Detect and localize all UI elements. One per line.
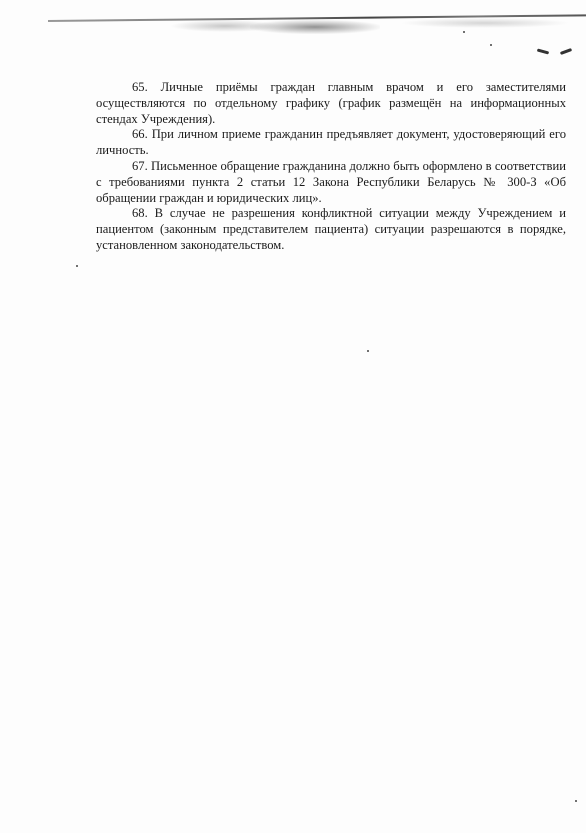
document-body: 65. Личные приёмы граждан главным врачом… (96, 80, 566, 254)
scan-dot (463, 31, 465, 33)
paragraph-67: 67. Письменное обращение гражданина долж… (96, 159, 566, 206)
paragraph-68: 68. В случае не разрешения конфликтной с… (96, 206, 566, 253)
scan-dot (367, 350, 369, 352)
scan-mark (560, 48, 572, 55)
scanned-page: 65. Личные приёмы граждан главным врачом… (0, 0, 586, 833)
scan-dot (575, 800, 577, 802)
scan-mark (537, 48, 549, 54)
scan-dot (76, 265, 78, 267)
paragraph-65: 65. Личные приёмы граждан главным врачом… (96, 80, 566, 127)
scan-smudge (250, 20, 380, 34)
scan-smudge (400, 18, 570, 28)
scan-dot (490, 44, 492, 46)
paragraph-66: 66. При личном приеме гражданин предъявл… (96, 127, 566, 159)
